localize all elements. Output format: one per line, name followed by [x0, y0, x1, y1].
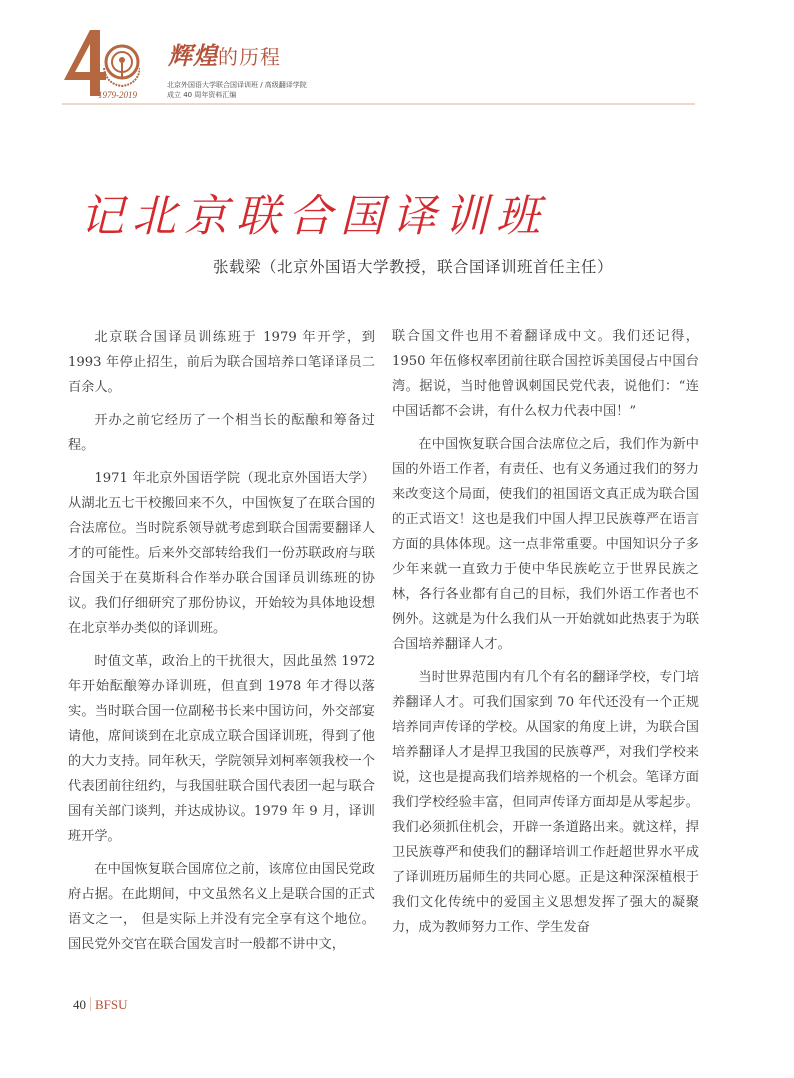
paragraph: 开办之前它经历了一个相当长的酝酿和筹备过程。 — [68, 408, 375, 458]
header-series-title: 辉煌的历程 — [168, 36, 281, 71]
article-title: 记北京联合国译训班 — [80, 180, 548, 244]
page-header: 辉煌的历程 北京外国语大学联合国译训班 / 高级翻译学院 成立 40 周年资料汇… — [60, 28, 700, 108]
footer-brand: BFSU — [95, 997, 128, 1012]
paragraph: 1971 年北京外国语学院（现北京外国语大学）从湖北五七干校搬回来不久，中国恢复… — [68, 466, 375, 641]
footer-separator — [90, 997, 91, 1011]
series-title-emphasis: 辉煌 — [168, 41, 218, 70]
paragraph: 时值文革，政治上的干扰很大，因此虽然 1972 年开始酝酿筹办译训班，但直到 1… — [68, 649, 375, 849]
right-column: 联合国文件也用不着翻译成中文。我们还记得，1950 年伍修权率团前往联合国控诉美… — [392, 324, 699, 948]
page-number: 40 — [73, 997, 86, 1012]
paragraph: 在中国恢复联合国合法席位之后，我们作为新中国的外语工作者，有责任、也有义务通过我… — [392, 432, 699, 657]
article-byline: 张载梁（北京外国语大学教授，联合国译训班首任主任） — [213, 255, 613, 277]
paragraph: 当时世界范围内有几个有名的翻译学校，专门培养翻译人才。可我们国家到 70 年代还… — [392, 665, 699, 940]
paragraph: 在中国恢复联合国席位之前，该席位由国民党政府占据。在此期间，中文虽然名义上是联合… — [68, 857, 375, 957]
anniversary-40-logo-icon — [60, 28, 140, 98]
header-subtitle-line1: 北京外国语大学联合国译训班 / 高级翻译学院 — [167, 80, 307, 90]
left-column: 北京联合国译员训练班于 1979 年开学，到 1993 年停止招生，前后为联合国… — [68, 325, 375, 965]
series-title-rest: 的历程 — [218, 45, 281, 69]
page-footer: 40BFSU — [73, 997, 128, 1013]
header-subtitle: 北京外国语大学联合国译训班 / 高级翻译学院 成立 40 周年资料汇编 — [167, 80, 307, 100]
header-divider — [62, 103, 695, 105]
paragraph: 北京联合国译员训练班于 1979 年开学，到 1993 年停止招生，前后为联合国… — [68, 325, 375, 400]
logo-years: 1979-2019 — [98, 90, 137, 100]
header-subtitle-line2: 成立 40 周年资料汇编 — [167, 90, 307, 100]
paragraph-continued: 联合国文件也用不着翻译成中文。我们还记得，1950 年伍修权率团前往联合国控诉美… — [392, 324, 699, 424]
